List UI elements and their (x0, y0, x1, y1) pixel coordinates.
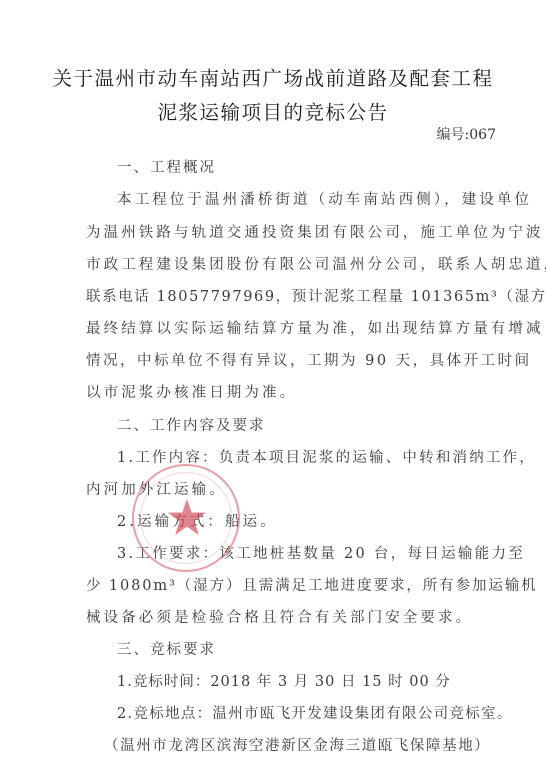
section-heading-bidding: 三、竞标要求 (117, 638, 527, 659)
paragraph-line: 市政工程建设集团股份有限公司温州分公司，联系人胡忠道， (86, 253, 496, 274)
document-number: 编号:067 (437, 124, 496, 144)
paragraph-line: 本工程位于温州潘桥街道（动车南站西侧），建设单位 (117, 188, 527, 209)
document-title-line2: 泥浆运输项目的竞标公告 (0, 97, 546, 125)
paragraph-line: 少 1080m³（湿方）且需满足工地进度要求，所有参加运输机 (86, 574, 496, 595)
notice-page: 关于温州市动车南站西广场战前道路及配套工程 泥浆运输项目的竞标公告 编号:067… (0, 0, 546, 780)
paragraph-line: 情况，中标单位不得有异议，工期为 90 天，具体开工时间 (86, 349, 496, 370)
official-seal (132, 464, 240, 572)
paragraph-line: 联系电话 18057797969，预计泥浆工程量 101365m³（湿方）， (86, 285, 496, 306)
paragraph-line: 2.竞标地点：温州市瓯飞开发建设集团有限公司竞标室。 (117, 702, 527, 723)
paragraph-line: 械设备必须是检验合格且符合有关部门安全要求。 (86, 606, 496, 627)
document-title-line1: 关于温州市动车南站西广场战前道路及配套工程 (0, 63, 546, 91)
section-heading-overview: 一、工程概况 (117, 156, 527, 177)
paragraph-line: （温州市龙湾区滨海空港新区金海三道瓯飞保障基地） (104, 734, 514, 755)
paragraph-line: 为温州铁路与轨道交通投资集团有限公司，施工单位为宁波 (86, 221, 496, 242)
paragraph-line: 最终结算以实际运输结算方量为准，如出现结算方量有增减 (86, 317, 496, 338)
paragraph-line: 以市泥浆办核准日期为准。 (86, 381, 496, 402)
star-icon (167, 498, 207, 538)
paragraph-line: 1.竞标时间：2018 年 3 月 30 日 15 时 00 分 (117, 670, 527, 691)
section-heading-work: 二、工作内容及要求 (117, 414, 527, 435)
